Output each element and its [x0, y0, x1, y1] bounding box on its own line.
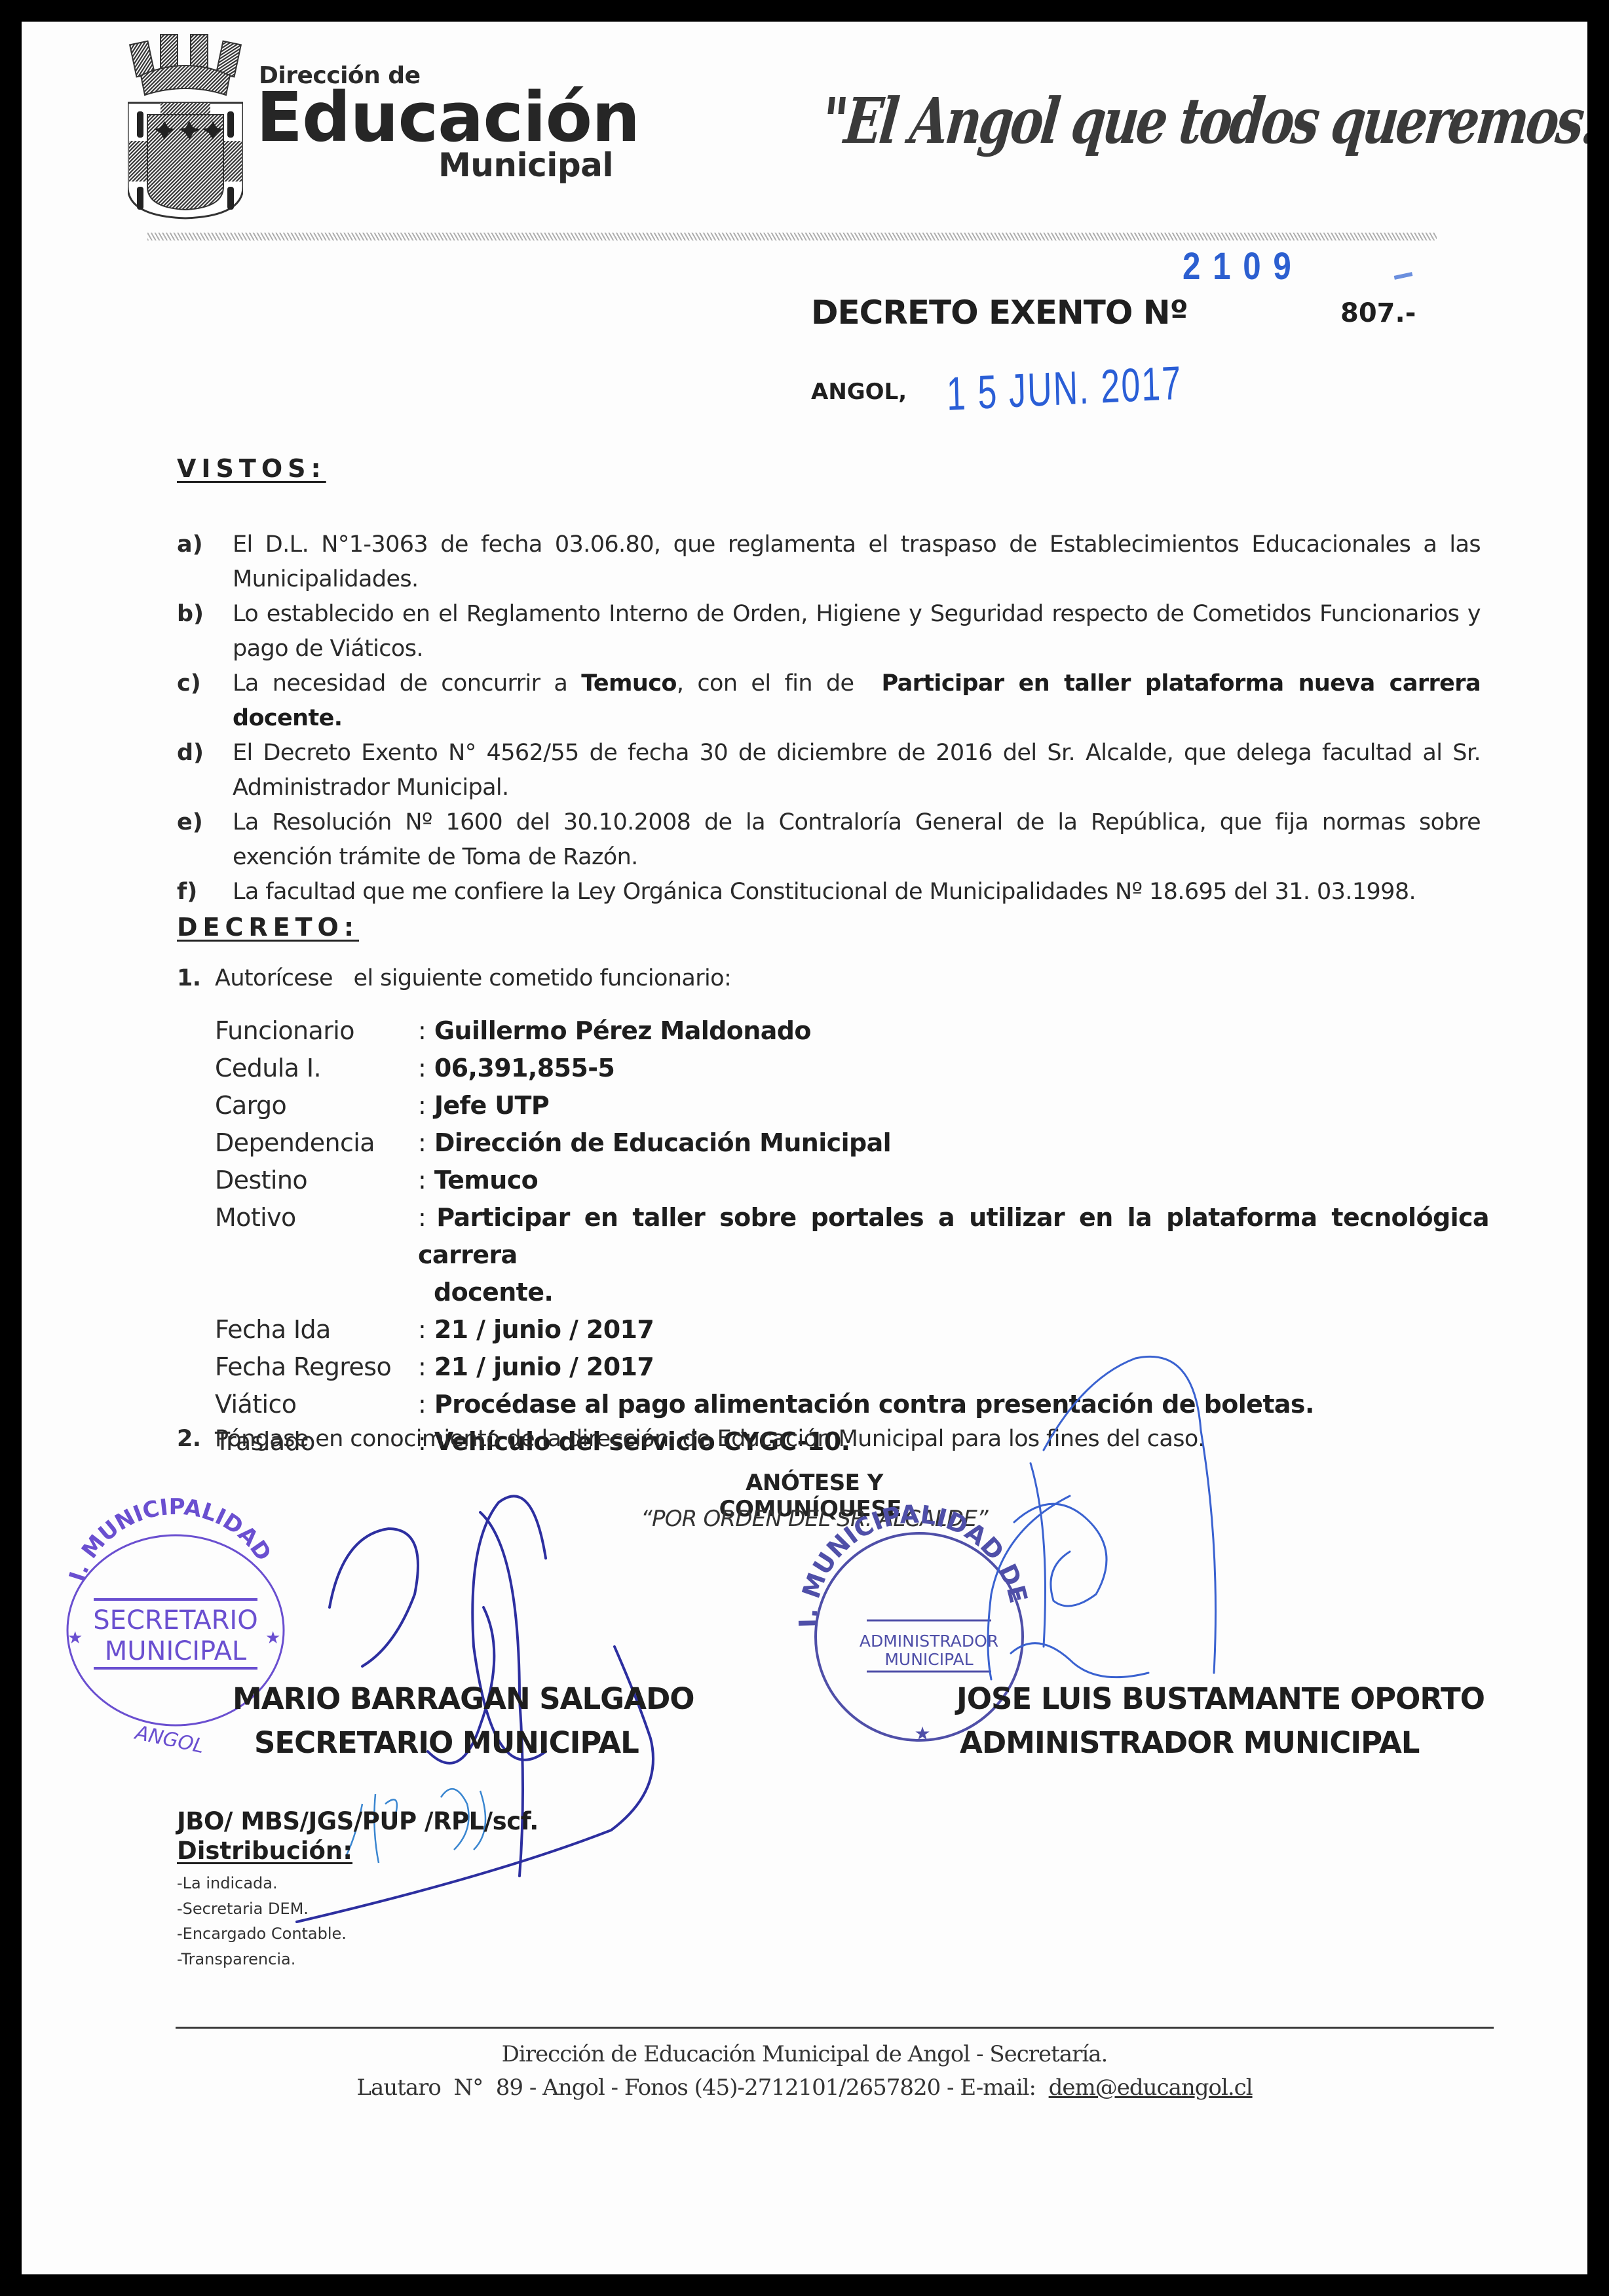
detail-key: Destino	[215, 1162, 418, 1199]
decree-title: DECRETO EXENTO Nº	[811, 294, 1188, 332]
detail-value: : Participar en taller sobre portales a …	[418, 1199, 1489, 1311]
item-label: f)	[177, 875, 233, 909]
item-label: a)	[177, 527, 233, 597]
item-label: d)	[177, 736, 233, 805]
distribution-list: -La indicada. -Secretaria DEM. -Encargad…	[177, 1871, 347, 1972]
item-label: b)	[177, 597, 233, 666]
signatory-name: JOSE LUIS BUSTAMANTE OPORTO	[956, 1681, 1485, 1716]
list-item: a) El D.L. N°1-3063 de fecha 03.06.80, q…	[177, 527, 1487, 597]
footer-contact: Lautaro N° 89 - Angol - Fonos (45)-27121…	[22, 2075, 1587, 2101]
decree-place: ANGOL,	[811, 379, 907, 405]
decree-item-2: 2. Póngase en conocimiento de la direcci…	[177, 1426, 1205, 1452]
brand-municipal: Municipal	[438, 146, 613, 184]
signatory-name: MARIO BARRAGAN SALGADO	[233, 1681, 694, 1716]
signatory-role: ADMINISTRADOR MUNICIPAL	[960, 1725, 1419, 1760]
brand-title: Educación	[256, 83, 639, 151]
svg-text:MUNICIPAL: MUNICIPAL	[105, 1636, 247, 1666]
item-text: La facultad que me confiere la Ley Orgán…	[233, 875, 1481, 909]
detail-key: Fecha Ida	[215, 1311, 418, 1349]
item-text: La Resolución Nº 1600 del 30.10.2008 de …	[233, 805, 1481, 875]
detail-row-cargo: Cargo : Jefe UTP	[215, 1087, 1489, 1124]
list-item: e) La Resolución Nº 1600 del 30.10.2008 …	[177, 805, 1487, 875]
detail-value: : Procédase al pago alimentación contra …	[418, 1386, 1489, 1423]
detail-value: : 21 / junio / 2017	[418, 1311, 1489, 1349]
item-text: El Decreto Exento N° 4562/55 de fecha 30…	[233, 736, 1481, 805]
svg-text:★: ★	[914, 1723, 930, 1744]
detail-row-funcionario: Funcionario : Guillermo Pérez Maldonado	[215, 1012, 1489, 1050]
svg-text:I. MUNICIPALIDAD: I. MUNICIPALIDAD	[64, 1494, 276, 1584]
document-page: Dirección de Educación Municipal "El Ang…	[22, 22, 1587, 2274]
header-divider	[147, 233, 1437, 240]
svg-text:ADMINISTRADOR: ADMINISTRADOR	[860, 1632, 998, 1651]
list-item: -Encargado Contable.	[177, 1921, 347, 1947]
detail-row-destino: Destino : Temuco	[215, 1162, 1489, 1199]
email-link[interactable]: dem@educangol.cl	[1049, 2075, 1253, 2101]
detail-key: Cargo	[215, 1087, 418, 1124]
item-number: 1.	[177, 965, 215, 991]
detail-value: : 21 / junio / 2017	[418, 1349, 1489, 1386]
footer-office: Dirección de Educación Municipal de Ango…	[22, 2041, 1587, 2067]
item-label: e)	[177, 805, 233, 875]
list-item: b) Lo establecido en el Reglamento Inter…	[177, 597, 1487, 666]
item-text: El D.L. N°1-3063 de fecha 03.06.80, que …	[233, 527, 1481, 597]
detail-key: Dependencia	[215, 1124, 418, 1162]
detail-key: Fecha Regreso	[215, 1349, 418, 1386]
detail-value: : 06,391,855-5	[418, 1050, 1489, 1087]
coat-of-arms-icon	[128, 29, 243, 220]
ink-mark	[1394, 272, 1413, 280]
detail-row-motivo: Motivo : Participar en taller sobre port…	[215, 1199, 1489, 1311]
decreto-heading: DECRETO:	[177, 913, 359, 942]
item-text: La necesidad de concurrir a Temuco, con …	[233, 666, 1481, 736]
vistos-heading: VISTOS:	[177, 454, 326, 483]
svg-text:ANGOL: ANGOL	[132, 1721, 206, 1759]
svg-text:MUNICIPAL: MUNICIPAL	[884, 1650, 973, 1669]
svg-text:SECRETARIO: SECRETARIO	[93, 1605, 257, 1636]
item-number: 2.	[177, 1426, 215, 1452]
list-item: d) El Decreto Exento N° 4562/55 de fecha…	[177, 736, 1487, 805]
commission-details: Funcionario : Guillermo Pérez Maldonado …	[215, 1012, 1489, 1461]
svg-text:★: ★	[265, 1628, 280, 1648]
item-text: Póngase en conocimiento de la dirección …	[215, 1426, 1205, 1452]
detail-key: Cedula I.	[215, 1050, 418, 1087]
responsible-initials: JBO/ MBS/JGS/PUP /RPL/scf.	[177, 1807, 539, 1835]
detail-value: : Temuco	[418, 1162, 1489, 1199]
destination-emphasis: Temuco	[581, 670, 677, 697]
date-stamp: 1 5 JUN. 2017	[946, 356, 1183, 421]
distribution-heading: Distribución:	[177, 1837, 352, 1865]
registry-number-stamp: 2109	[1183, 244, 1303, 288]
item-text: Lo establecido en el Reglamento Interno …	[233, 597, 1481, 666]
detail-row-fecha-ida: Fecha Ida : 21 / junio / 2017	[215, 1311, 1489, 1349]
detail-value: : Dirección de Educación Municipal	[418, 1124, 1489, 1162]
footer-divider	[176, 2027, 1494, 2029]
list-item: -Transparencia.	[177, 1947, 347, 1972]
list-item: c) La necesidad de concurrir a Temuco, c…	[177, 666, 1487, 736]
svg-text:★: ★	[67, 1628, 83, 1648]
vistos-list: a) El D.L. N°1-3063 de fecha 03.06.80, q…	[177, 527, 1487, 909]
slogan: "El Angol que todos queremos..."	[818, 84, 1587, 158]
detail-row-cedula: Cedula I. : 06,391,855-5	[215, 1050, 1489, 1087]
detail-value: : Guillermo Pérez Maldonado	[418, 1012, 1489, 1050]
list-item: f) La facultad que me confiere la Ley Or…	[177, 875, 1487, 909]
item-text: Autorícese el siguiente cometido funcion…	[215, 965, 731, 991]
detail-row-fecha-regreso: Fecha Regreso : 21 / junio / 2017	[215, 1349, 1489, 1386]
footer-address: Lautaro N° 89 - Angol - Fonos (45)-27121…	[356, 2075, 1048, 2101]
decree-item-1: 1. Autorícese el siguiente cometido func…	[177, 965, 731, 991]
list-item: -La indicada.	[177, 1871, 347, 1896]
item-label: c)	[177, 666, 233, 736]
text-segment: La necesidad de concurrir a	[233, 670, 581, 697]
detail-key: Viático	[215, 1386, 418, 1423]
detail-row-viatico: Viático : Procédase al pago alimentación…	[215, 1386, 1489, 1423]
detail-key: Motivo	[215, 1199, 418, 1311]
decree-number: 807.-	[1340, 298, 1416, 328]
detail-key: Funcionario	[215, 1012, 418, 1050]
text-segment: , con el fin de	[677, 670, 882, 697]
list-item: -Secretaria DEM.	[177, 1896, 347, 1922]
order-of-mayor: “POR ORDEN DEL SR. ALCALDE”	[637, 1506, 991, 1532]
detail-value: : Jefe UTP	[418, 1087, 1489, 1124]
signatory-role: SECRETARIO MUNICIPAL	[254, 1725, 639, 1760]
detail-row-dependencia: Dependencia : Dirección de Educación Mun…	[215, 1124, 1489, 1162]
